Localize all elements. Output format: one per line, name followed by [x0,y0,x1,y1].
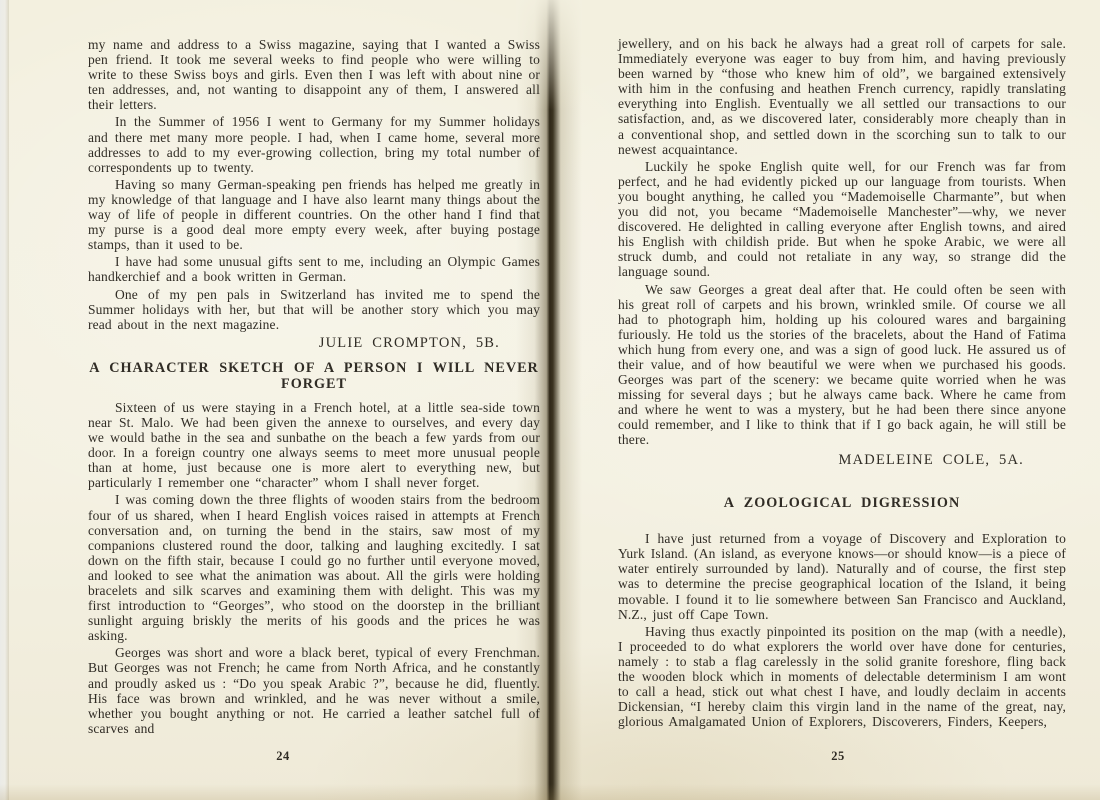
paragraph: I was coming down the three flights of w… [88,492,540,643]
author-byline: JULIE CROMPTON, 5B. [88,336,540,351]
right-page: jewellery, and on his back he always had… [618,36,1066,731]
left-page: my name and address to a Swiss magazine,… [88,37,540,738]
section-heading-line: A ZOOLOGICAL DIGRESSION [618,495,1066,512]
page-edge [0,0,9,800]
section-heading-line: A CHARACTER SKETCH OF A PERSON I WILL NE… [88,360,540,377]
paragraph: I have had some unusual gifts sent to me… [88,254,540,284]
page-number: 25 [618,749,1058,764]
paragraph: One of my pen pals in Switzerland has in… [88,287,540,332]
paragraph: Having so many German-speaking pen frien… [88,177,540,252]
section-heading: A ZOOLOGICAL DIGRESSION [618,495,1066,512]
paragraph: jewellery, and on his back he always had… [618,36,1066,157]
paragraph: my name and address to a Swiss magazine,… [88,37,540,112]
paragraph: I have just returned from a voyage of Di… [618,531,1066,622]
page-number: 24 [88,749,478,764]
section-heading: A CHARACTER SKETCH OF A PERSON I WILL NE… [88,360,540,393]
author-byline: MADELEINE COLE, 5A. [618,453,1066,468]
paragraph: Sixteen of us were staying in a French h… [88,400,540,491]
paragraph: Luckily he spoke English quite well, for… [618,159,1066,280]
paragraph: In the Summer of 1956 I went to Germany … [88,114,540,174]
scanned-book-spread: my name and address to a Swiss magazine,… [0,0,1100,800]
scan-bottom-shadow [0,784,1100,800]
paragraph: Having thus exactly pinpointed its posit… [618,624,1066,730]
paragraph: Georges was short and wore a black beret… [88,645,540,736]
paragraph: We saw Georges a great deal after that. … [618,282,1066,448]
section-heading-line: FORGET [88,376,540,393]
